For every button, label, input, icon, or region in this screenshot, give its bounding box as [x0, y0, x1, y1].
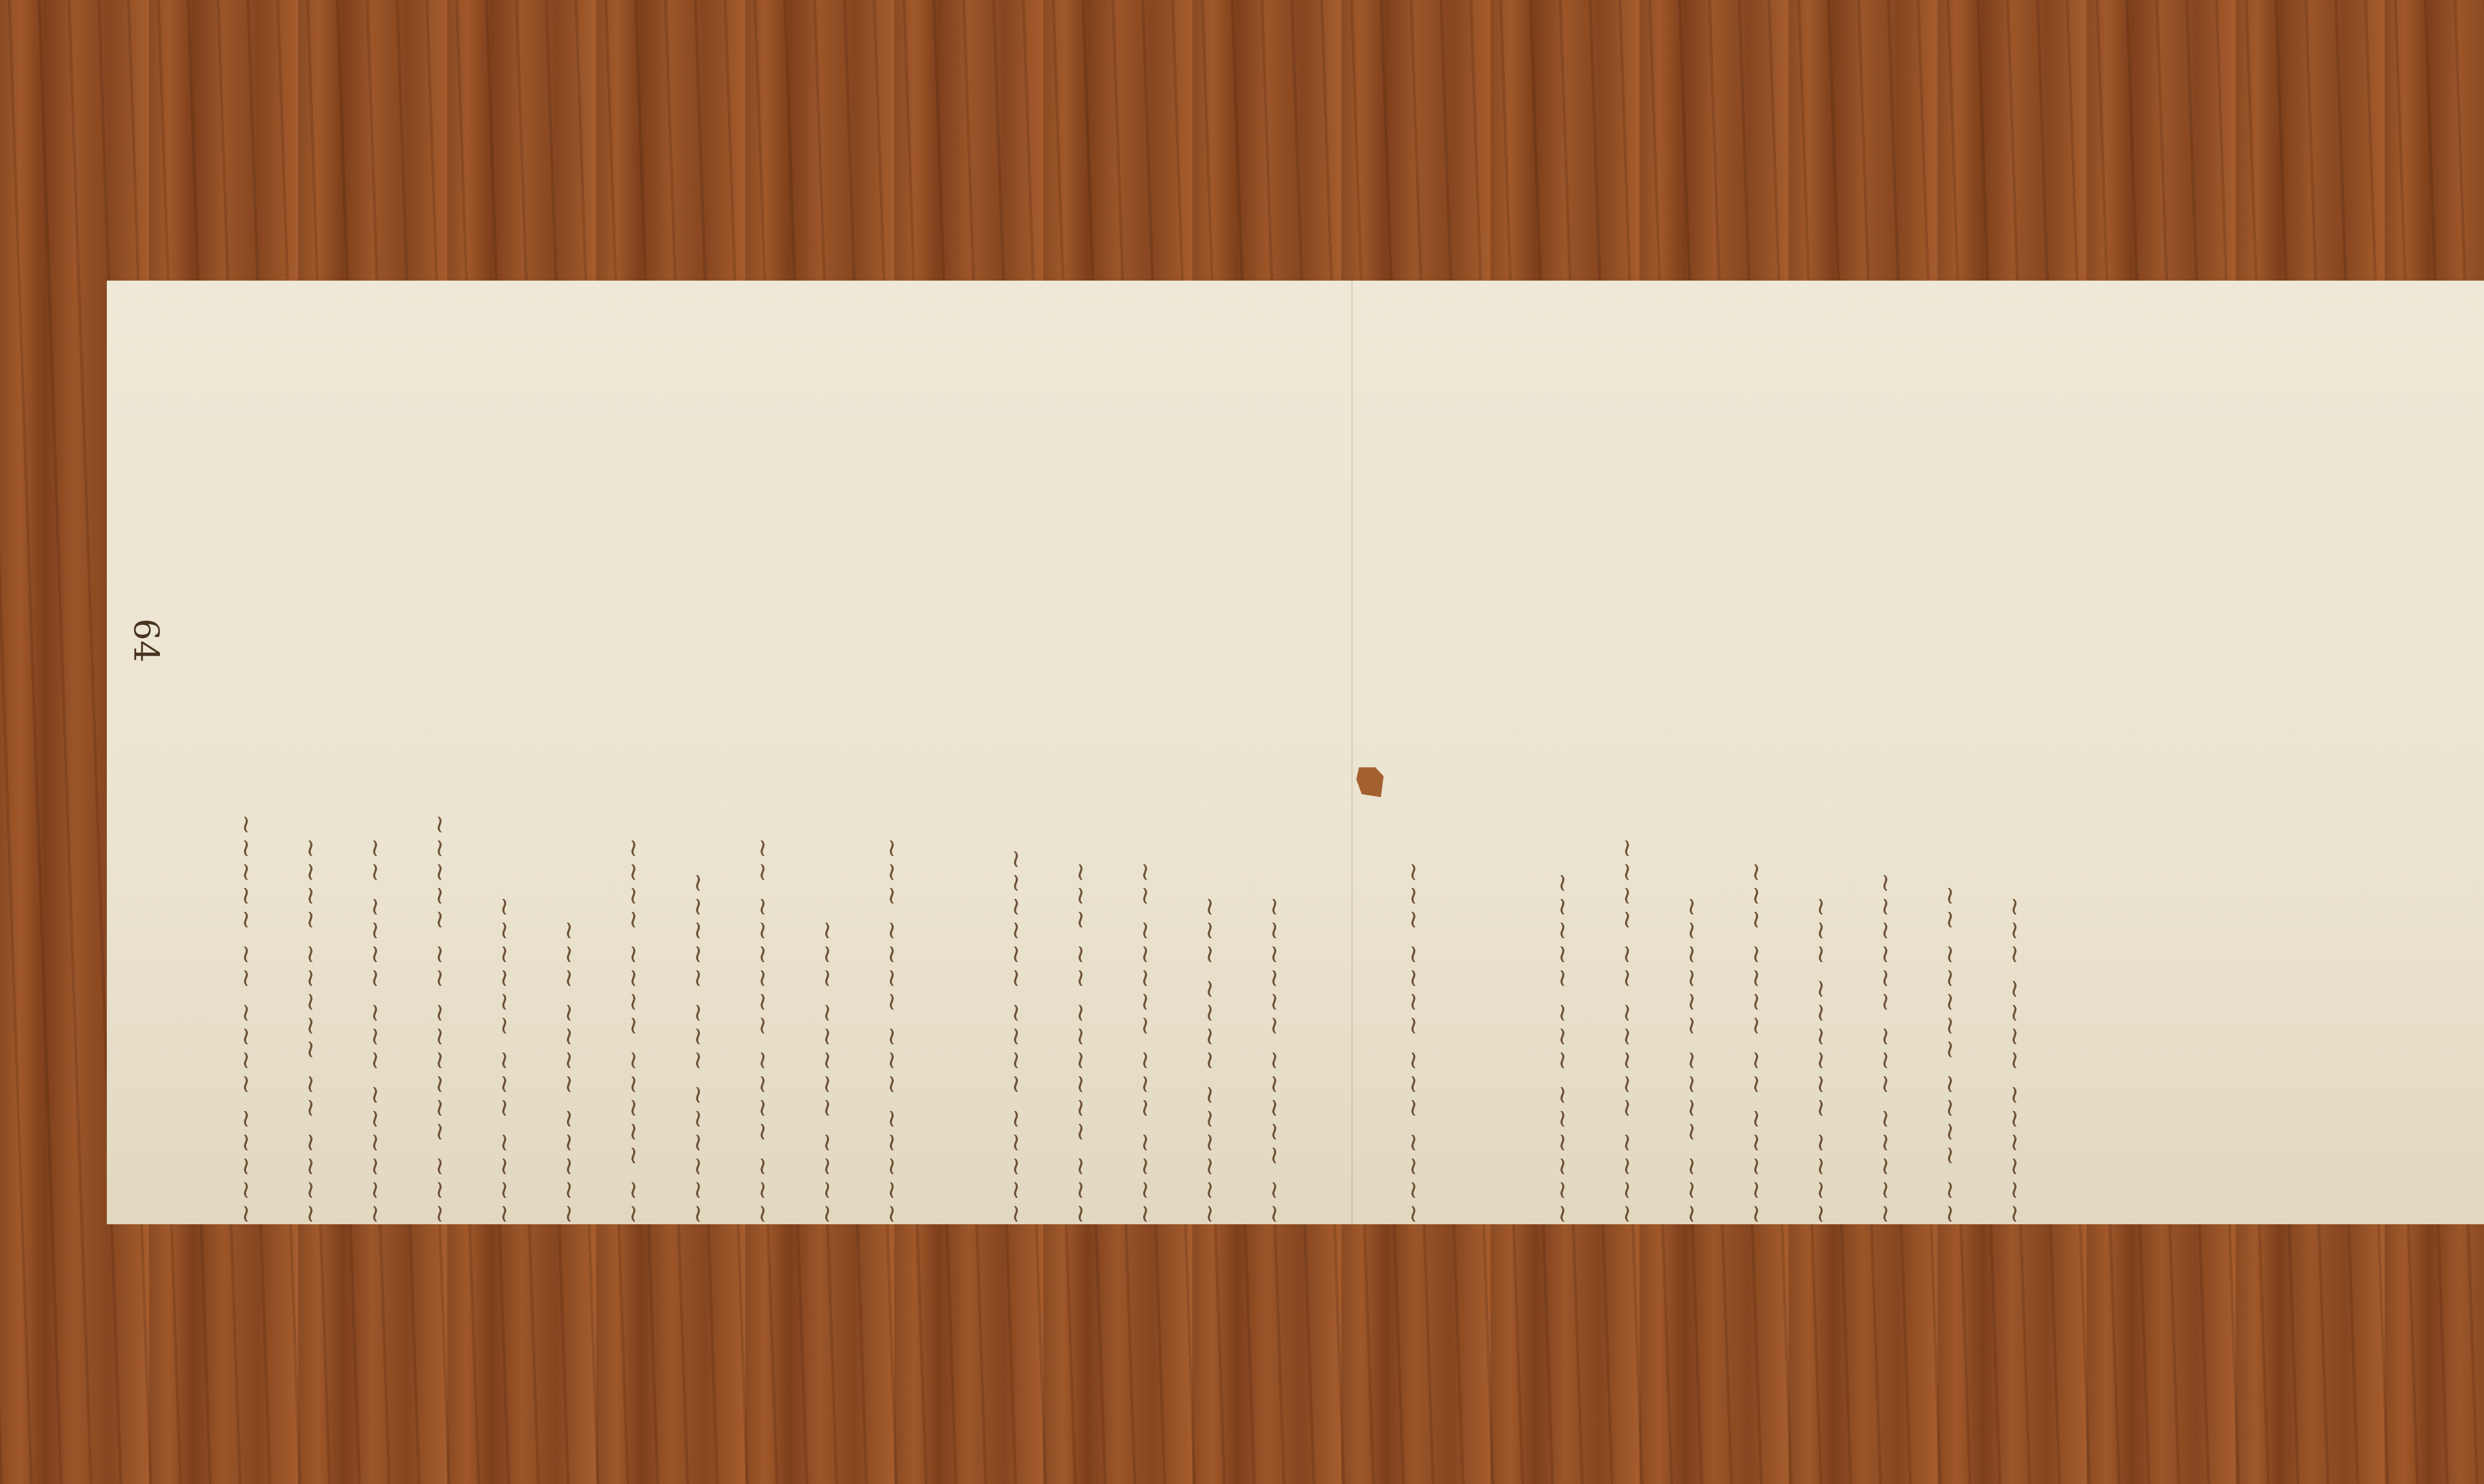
text-line: ~~~~ ~~~ ~~~~~~	[489, 281, 519, 1224]
paper-hole	[1356, 767, 1384, 797]
text-line: ~~~~~ ~~~ ~~~~~~	[1870, 281, 1900, 1224]
text-line: ~~~~ ~~~~~ ~~ ~~~~	[1612, 281, 1642, 1224]
text-line: ~~~~ ~~~ ~~~~ ~~~	[1398, 281, 1428, 1224]
text-line: ~~~~ ~~~~~~ ~~~	[1806, 281, 1836, 1224]
text-line: ~~~~~~ ~~~ ~~~~ ~~	[360, 281, 390, 1224]
text-line: ~~~ ~~~~~~ ~~ ~~~	[1066, 281, 1095, 1224]
text-line: ~~~~~ ~~ ~~~~ ~~~	[1741, 281, 1771, 1224]
text-line: ~~~~~ ~~~~ ~~ ~~~~~	[231, 281, 261, 1224]
page-number: 64	[126, 618, 166, 663]
text-line: ~~~~~~ ~~~~ ~~~	[1195, 281, 1225, 1224]
text-line: ~~~~ ~~ ~~~~~ ~~~~	[296, 281, 325, 1224]
text-line: ~~~~~ ~~~~ ~~~~~~	[1001, 281, 1031, 1224]
text-line: ~~~ ~~~~~~ ~~ ~~~~~	[425, 281, 455, 1224]
paper-fold	[1351, 281, 1353, 1224]
text-line: ~~ ~~~~~ ~~~~~~	[1259, 281, 1289, 1224]
manuscript-page: 64 ~~~~~ ~~~~ ~~ ~~~~~ ~~~~ ~~ ~~~~~ ~~~…	[107, 281, 2484, 1224]
text-line: ~~~~ ~~~~~ ~~~	[812, 281, 842, 1224]
text-line: ~~~ ~~~~ ~~~~~~	[1677, 281, 1707, 1224]
text-line: ~~~~~~ ~~~ ~~~~~	[1548, 281, 1577, 1224]
text-line: ~~~~ ~~~ ~~~~~ ~~	[1130, 281, 1160, 1224]
text-line: ~~~~~ ~~~ ~~~~ ~~~	[877, 281, 907, 1224]
text-line: ~~ ~~~~~ ~~~~ ~~~~	[619, 281, 648, 1224]
text-line: ~~ ~~~~ ~~~~~ ~~	[1935, 281, 1965, 1224]
text-line: ~~~ ~~~~ ~~~~~~ ~~	[748, 281, 777, 1224]
text-line: ~~~~~~ ~~~~ ~~~	[2000, 281, 2029, 1224]
text-line: ~~~~~ ~~~~ ~~~	[554, 281, 584, 1224]
text-line: ~~~~~~ ~~~ ~~~~~	[683, 281, 713, 1224]
